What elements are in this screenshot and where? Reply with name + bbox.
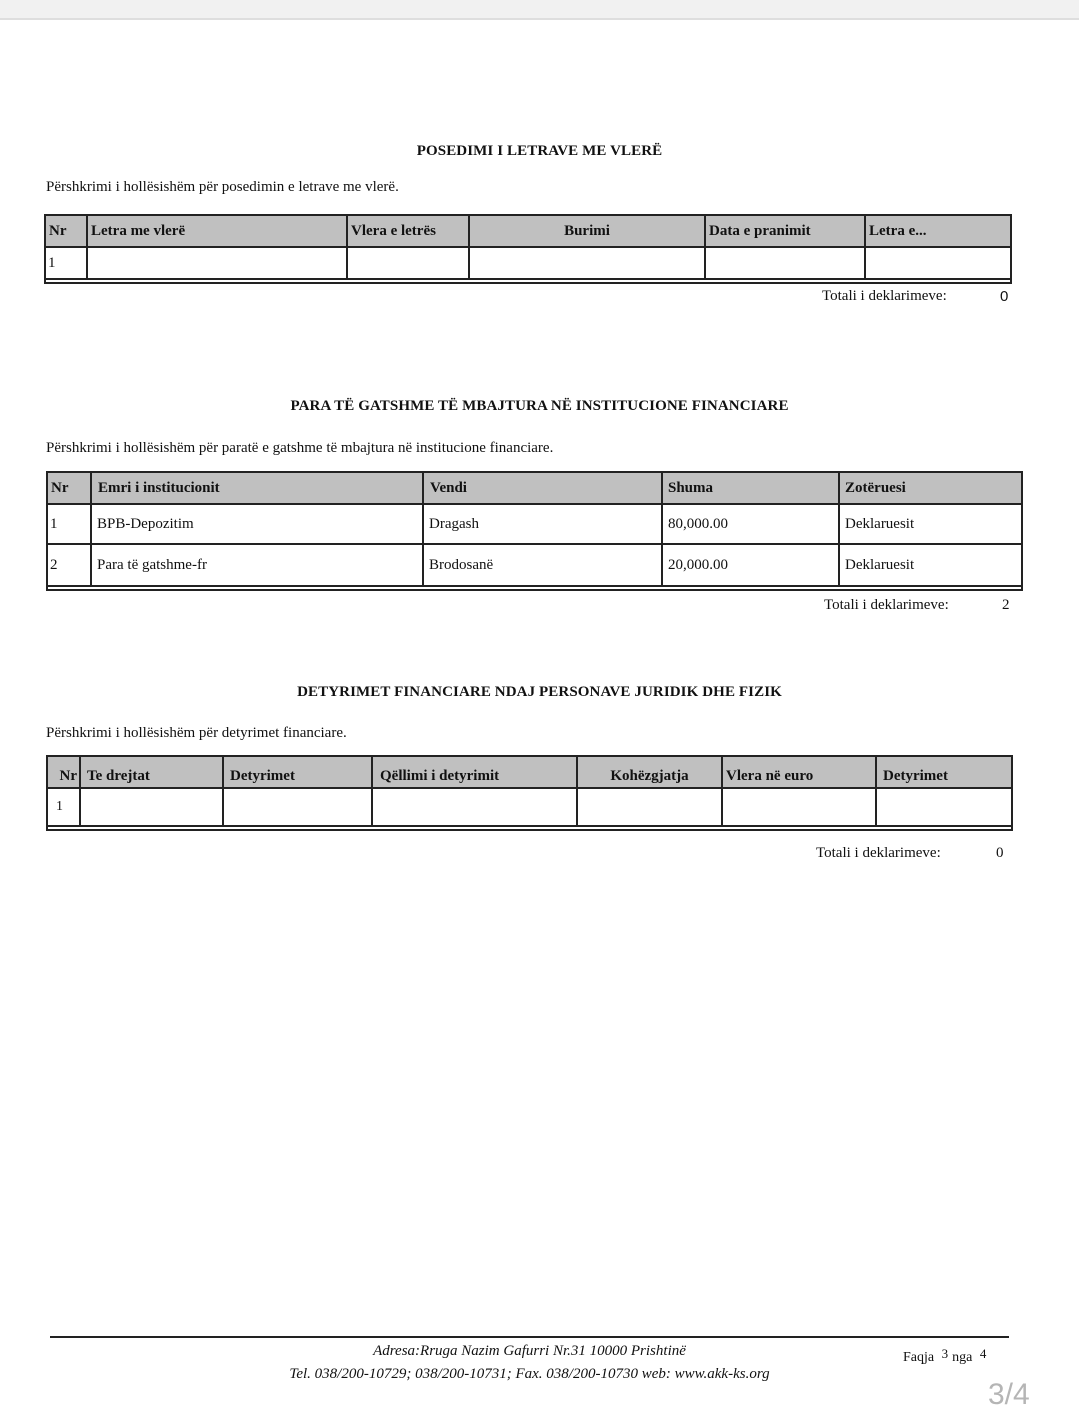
total-value: 0 [1000,288,1008,305]
table-cell: 1 [45,247,87,279]
column-header: Detyrimet [223,756,372,788]
page-current: 3 [942,1346,949,1361]
section-title-securities: POSEDIMI I LETRAVE ME VLERË [0,143,1079,160]
table-cell: BPB-Depozitim [91,504,423,544]
column-header: Letra e... [865,215,1011,247]
total-declarations-obligations: Totali i deklarimeve: 0 [816,845,941,862]
table-header-row: Nr Emri i institucionit Vendi Shuma Zotë… [47,472,1022,504]
footer-address: Adresa:Rruga Nazim Gafurri Nr.31 10000 P… [0,1343,1059,1360]
obligations-table: Nr Te drejtat Detyrimet Qëllimi i detyri… [46,755,1013,831]
table-cell [347,247,469,279]
column-header: Shuma [662,472,839,504]
section-description-cash: Përshkrimi i hollësishëm për paratë e ga… [46,440,553,457]
table-cell [577,788,722,826]
table-cell [372,788,577,826]
table-row: 1 [47,788,1012,826]
total-label: Totali i deklarimeve: [824,597,949,613]
table-cell [876,788,1012,826]
table-cell: 80,000.00 [662,504,839,544]
table-cell: Deklaruesit [839,504,1022,544]
table-cell: Deklaruesit [839,544,1022,586]
table-row: 1 [45,247,1011,279]
column-header: Vlera në euro [722,756,876,788]
column-header: Letra me vlerë [87,215,347,247]
section-title-cash: PARA TË GATSHME TË MBAJTURA NË INSTITUCI… [0,398,1079,415]
column-header: Nr [47,472,91,504]
column-header: Nr [45,215,87,247]
table-cell [469,247,705,279]
page-total: 4 [980,1346,987,1361]
table-cell: 1 [47,504,91,544]
column-header: Data e pranimit [705,215,865,247]
total-value: 0 [996,845,1004,862]
cash-table: Nr Emri i institucionit Vendi Shuma Zotë… [46,471,1023,591]
table-cell [705,247,865,279]
total-label: Totali i deklarimeve: [822,288,947,304]
table-cell: Para të gatshme-fr [91,544,423,586]
table-cell: 2 [47,544,91,586]
table-header-row: Nr Te drejtat Detyrimet Qëllimi i detyri… [47,756,1012,788]
table-cell: Dragash [423,504,662,544]
table-row: 1 BPB-Depozitim Dragash 80,000.00 Deklar… [47,504,1022,544]
column-header: Zotëruesi [839,472,1022,504]
section-description-securities: Përshkrimi i hollësishëm për posedimin e… [46,179,399,196]
table-cell [87,247,347,279]
footer-contact: Tel. 038/200-10729; 038/200-10731; Fax. … [0,1366,1059,1383]
table-cell [223,788,372,826]
table-row: 2 Para të gatshme-fr Brodosanë 20,000.00… [47,544,1022,586]
column-header: Emri i institucionit [91,472,423,504]
column-header: Burimi [469,215,705,247]
column-header: Vendi [423,472,662,504]
total-value: 2 [1002,597,1010,614]
table-cell: Brodosanë [423,544,662,586]
table-header-row: Nr Letra me vlerë Vlera e letrës Burimi … [45,215,1011,247]
total-declarations-cash: Totali i deklarimeve: 2 [824,597,949,614]
securities-table: Nr Letra me vlerë Vlera e letrës Burimi … [44,214,1012,284]
table-cell [722,788,876,826]
viewer-page-indicator: 3/4 [988,1378,1030,1412]
table-cell [865,247,1011,279]
column-header: Nr [47,756,80,788]
total-label: Totali i deklarimeve: [816,845,941,861]
column-header: Te drejtat [80,756,223,788]
column-header: Vlera e letrës [347,215,469,247]
total-declarations-securities: Totali i deklarimeve: 0 [822,288,947,305]
table-cell: 20,000.00 [662,544,839,586]
table-cell: 1 [47,788,80,826]
page-number: Faqja 3nga 4 [903,1349,990,1366]
section-title-obligations: DETYRIMET FINANCIARE NDAJ PERSONAVE JURI… [0,684,1079,701]
page-separator: nga [952,1350,972,1365]
table-cell [80,788,223,826]
column-header: Kohëzgjatja [577,756,722,788]
footer-divider [50,1336,1009,1338]
section-description-obligations: Përshkrimi i hollësishëm për detyrimet f… [46,725,347,742]
column-header: Qëllimi i detyrimit [372,756,577,788]
viewer-toolbar [0,0,1079,20]
column-header: Detyrimet [876,756,1012,788]
page-label: Faqja [903,1350,934,1365]
